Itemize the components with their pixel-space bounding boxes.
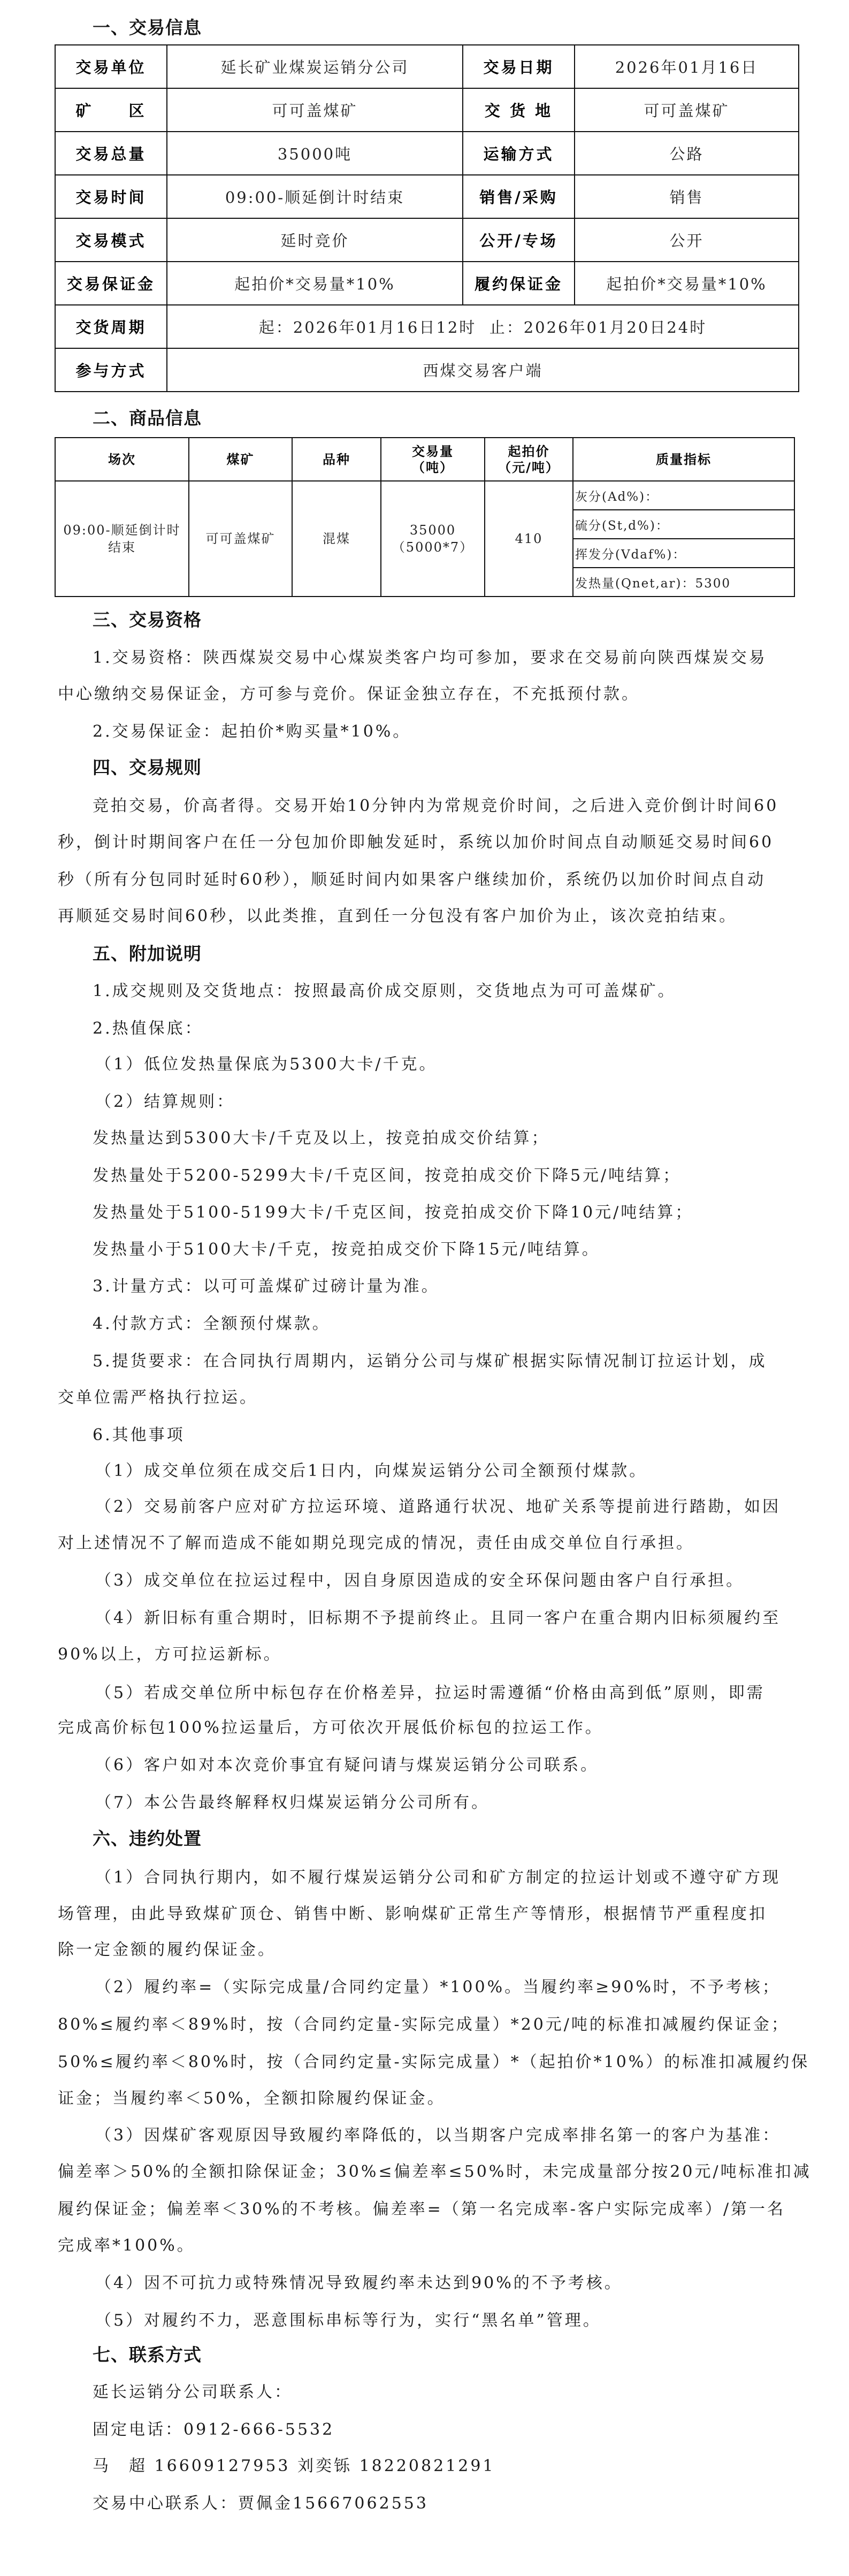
value-trade-unit: 延长矿业煤炭运销分公司 <box>167 45 463 88</box>
header-mine: 煤矿 <box>189 438 292 481</box>
breach-line: 偏差率＞50%的全额扣除保证金；30%≤偏差率≤50%时，未完成量部分按20元/… <box>58 2161 812 2183</box>
table-header-row: 场次 煤矿 品种 交易量 （吨） 起拍价 （元/吨） 质量指标 <box>55 438 794 481</box>
value-trade-mode: 延时竞价 <box>167 218 463 262</box>
table-row: 矿 区 可可盖煤矿 交 货 地 可可盖煤矿 <box>55 88 799 132</box>
cell-variety: 混煤 <box>292 481 381 597</box>
label-delivery-period: 交货周期 <box>55 305 167 348</box>
label-transport: 运输方式 <box>463 132 575 175</box>
value-performance-deposit: 起拍价*交易量*10% <box>575 262 799 305</box>
table-row: 交货周期 起：2026年01月16日12时 止：2026年01月20日24时 <box>55 305 799 348</box>
breach-line: （2）履约率=（实际完成量/合同约定量）*100%。当履约率≥90%时，不予考核… <box>95 1977 781 1998</box>
volume-line1: 35000 <box>381 522 484 539</box>
value-total-volume: 35000吨 <box>167 132 463 175</box>
table-row: 交易时间 09:00-顺延倒计时结束 销售/采购 销售 <box>55 175 799 218</box>
goods-info-table: 场次 煤矿 品种 交易量 （吨） 起拍价 （元/吨） 质量指标 09:00-顺延… <box>55 437 795 597</box>
additional-line: 4.付款方式：全额预付煤款。 <box>93 1313 331 1335</box>
rules-line: 竞拍交易，价高者得。交易开始10分钟内为常规竞价时间，之后进入竞价倒计时间60 <box>93 796 778 817</box>
cell-volume: 35000 （5000*7） <box>381 481 485 597</box>
table-row: 交易总量 35000吨 运输方式 公路 <box>55 132 799 175</box>
contact-phone: 固定电话：0912-666-5532 <box>93 2419 334 2441</box>
label-trade-date: 交易日期 <box>463 45 575 88</box>
label-sale-purchase: 销售/采购 <box>463 175 575 218</box>
additional-line: （3）成交单位在拉运过程中，因自身原因造成的安全环保问题由客户自行承担。 <box>95 1570 744 1592</box>
label-trade-unit: 交易单位 <box>55 45 167 88</box>
header-volume: 交易量 （吨） <box>381 438 485 481</box>
table-row: 交易模式 延时竞价 公开/专场 公开 <box>55 218 799 262</box>
value-participation: 西煤交易客户端 <box>167 348 799 392</box>
additional-line: （7）本公告最终解释权归煤炭运销分公司所有。 <box>95 1792 489 1814</box>
settlement-rule: 发热量处于5100-5199大卡/千克区间，按竞拍成交价下降10元/吨结算； <box>93 1202 693 1224</box>
header-session: 场次 <box>55 438 189 481</box>
label-total-volume: 交易总量 <box>55 132 167 175</box>
settlement-rule: 发热量小于5100大卡/千克，按竞拍成交价下降15元/吨结算。 <box>93 1239 600 1260</box>
session-line1: 09:00-顺延倒计时 <box>56 522 188 539</box>
table-row: 交易单位 延长矿业煤炭运销分公司 交易日期 2026年01月16日 <box>55 45 799 88</box>
value-sale-purchase: 销售 <box>575 175 799 218</box>
section-heading-trade-info: 一、交易信息 <box>93 17 202 39</box>
trade-info-table: 交易单位 延长矿业煤炭运销分公司 交易日期 2026年01月16日 矿 区 可可… <box>55 44 799 392</box>
value-public-private: 公开 <box>575 218 799 262</box>
header-price-line1: 起拍价 <box>485 444 572 460</box>
additional-line: （2）结算规则： <box>95 1091 235 1113</box>
section-heading-rules: 四、交易规则 <box>93 757 202 778</box>
breach-line: 证金；当履约率＜50%，全额扣除履约保证金。 <box>58 2088 446 2109</box>
qualification-line: 2.交易保证金：起拍价*购买量*10%。 <box>93 721 411 743</box>
value-trade-date: 2026年01月16日 <box>575 45 799 88</box>
breach-line: 履约保证金；偏差率＜30%的不考核。偏差率=（第一名完成率-客户实际完成率）/第… <box>58 2199 785 2220</box>
additional-line: 6.其他事项 <box>93 1425 185 1446</box>
section-heading-qualification: 三、交易资格 <box>93 609 202 631</box>
table-row: 09:00-顺延倒计时 结束 可可盖煤矿 混煤 35000 （5000*7） 4… <box>55 481 794 510</box>
table-row: 参与方式 西煤交易客户端 <box>55 348 799 392</box>
value-trade-time: 09:00-顺延倒计时结束 <box>167 175 463 218</box>
additional-line: 交单位需严格执行拉运。 <box>58 1387 258 1409</box>
label-participation: 参与方式 <box>55 348 167 392</box>
label-public-private: 公开/专场 <box>463 218 575 262</box>
quality-ash: 灰分(Ad%)： <box>573 481 794 510</box>
label-mine-area: 矿 区 <box>55 88 167 132</box>
header-volume-line1: 交易量 <box>381 444 484 460</box>
session-line2: 结束 <box>56 539 188 556</box>
additional-line: （2）交易前客户应对矿方拉运环境、道路通行状况、地矿关系等提前进行踏勘，如因 <box>95 1496 781 1518</box>
contact-trade-center: 交易中心联系人：贾佩金15667062553 <box>93 2493 429 2514</box>
additional-line: （1）成交单位须在成交后1日内，向煤炭运销分公司全额预付煤款。 <box>95 1461 647 1482</box>
breach-line: 80%≤履约率＜89%时，按（合同约定量-实际完成量）*20元/吨的标准扣减履约… <box>58 2014 790 2036</box>
additional-line: （1）低位发热量保底为5300大卡/千克。 <box>95 1054 438 1075</box>
label-performance-deposit: 履约保证金 <box>463 262 575 305</box>
label-trade-time: 交易时间 <box>55 175 167 218</box>
additional-line: （4）新旧标有重合期时，旧标期不予提前终止。且同一客户在重合期内旧标须履约至 <box>95 1608 781 1629</box>
section-heading-breach: 六、违约处置 <box>93 1828 202 1849</box>
additional-line: 90%以上，方可拉运新标。 <box>58 1644 282 1665</box>
header-variety: 品种 <box>292 438 381 481</box>
breach-line: （5）对履约不力，恶意围标串标等行为，实行“黑名单”管理。 <box>95 2310 601 2332</box>
value-delivery-place: 可可盖煤矿 <box>575 88 799 132</box>
breach-line: （4）因不可抗力或特殊情况导致履约率未达到90%的不予考核。 <box>95 2273 623 2294</box>
breach-line: （3）因煤矿客观原因导致履约率降低的，以当期客户完成率排名第一的客户为基准： <box>95 2125 781 2146</box>
breach-line: 完成率*100%。 <box>58 2235 195 2257</box>
label-trade-mode: 交易模式 <box>55 218 167 262</box>
rules-line: 秒，倒计时期间客户在任一分包加价即触发延时，系统以加价时间点自动顺延交易时间60 <box>58 832 774 853</box>
additional-line: 3.计量方式：以可可盖煤矿过磅计量为准。 <box>93 1276 440 1297</box>
settlement-rule: 发热量达到5300大卡/千克及以上，按竞拍成交价结算； <box>93 1128 549 1149</box>
additional-line: 2.热值保底： <box>93 1018 203 1039</box>
qualification-line: 中心缴纳交易保证金，方可参与竞价。保证金独立存在，不充抵预付款。 <box>58 684 640 705</box>
value-trade-deposit: 起拍价*交易量*10% <box>167 262 463 305</box>
settlement-rule: 发热量处于5200-5299大卡/千克区间，按竞拍成交价下降5元/吨结算； <box>93 1165 681 1187</box>
header-quality: 质量指标 <box>573 438 794 481</box>
additional-line: 5.提货要求：在合同执行周期内，运销分公司与煤矿根据实际情况制订拉运计划，成 <box>93 1351 767 1372</box>
quality-sulfur: 硫分(St,d%)： <box>573 510 794 539</box>
quality-calorific: 发热量(Qnet,ar)：5300 <box>573 568 794 597</box>
header-price-line2: （元/吨） <box>485 460 572 476</box>
breach-line: 场管理，由此导致煤矿顶仓、销售中断、影响煤矿正常生产等情形，根据情节严重程度扣 <box>58 1904 767 1925</box>
additional-line: （6）客户如对本次竞价事宜有疑问请与煤炭运销分公司联系。 <box>95 1755 599 1776</box>
rules-line: 秒（所有分包同时延时60秒），顺延时间内如果客户继续加价，系统仍以加价时间点自动 <box>58 869 766 891</box>
cell-session: 09:00-顺延倒计时 结束 <box>55 481 189 597</box>
cell-mine: 可可盖煤矿 <box>189 481 292 597</box>
label-delivery-place: 交 货 地 <box>463 88 575 132</box>
breach-line: 50%≤履约率＜80%时，按（合同约定量-实际完成量）*（起拍价*10%）的标准… <box>58 2052 809 2073</box>
contact-line: 延长运销分公司联系人： <box>93 2382 293 2403</box>
header-start-price: 起拍价 （元/吨） <box>485 438 573 481</box>
label-trade-deposit: 交易保证金 <box>55 262 167 305</box>
section-heading-additional: 五、附加说明 <box>93 943 202 965</box>
rules-line: 再顺延交易时间60秒，以此类推，直到任一分包没有客户加价为止，该次竞拍结束。 <box>58 906 737 927</box>
value-transport: 公路 <box>575 132 799 175</box>
section-heading-goods-info: 二、商品信息 <box>93 408 202 429</box>
breach-line: 除一定金额的履约保证金。 <box>58 1939 276 1961</box>
table-row: 交易保证金 起拍价*交易量*10% 履约保证金 起拍价*交易量*10% <box>55 262 799 305</box>
value-delivery-period: 起：2026年01月16日12时 止：2026年01月20日24时 <box>167 305 799 348</box>
section-heading-contact: 七、联系方式 <box>93 2344 202 2366</box>
quality-volatile: 挥发分(Vdaf%)： <box>573 539 794 568</box>
header-volume-line2: （吨） <box>381 460 484 476</box>
volume-line2: （5000*7） <box>381 539 484 556</box>
cell-start-price: 410 <box>485 481 573 597</box>
breach-line: （1）合同执行期内，如不履行煤炭运销分公司和矿方制定的拉运计划或不遵守矿方现 <box>95 1867 781 1889</box>
additional-line: 1.成交规则及交货地点：按照最高价成交原则，交货地点为可可盖煤矿。 <box>93 981 676 1002</box>
qualification-line: 1.交易资格：陕西煤炭交易中心煤炭类客户均可参加，要求在交易前向陕西煤炭交易 <box>93 647 767 669</box>
additional-line: （5）若成交单位所中标包存在价格差异，拉运时需遵循“价格由高到低”原则，即需 <box>95 1683 765 1704</box>
additional-line: 对上述情况不了解而造成不能如期兑现完成的情况，责任由成交单位自行承担。 <box>58 1533 694 1554</box>
contact-persons: 马 超 16609127953 刘奕铄 18220821291 <box>93 2456 495 2477</box>
value-mine-area: 可可盖煤矿 <box>167 88 463 132</box>
additional-line: 完成高价标包100%拉运量后，方可依次开展低价标包的拉运工作。 <box>58 1717 603 1739</box>
